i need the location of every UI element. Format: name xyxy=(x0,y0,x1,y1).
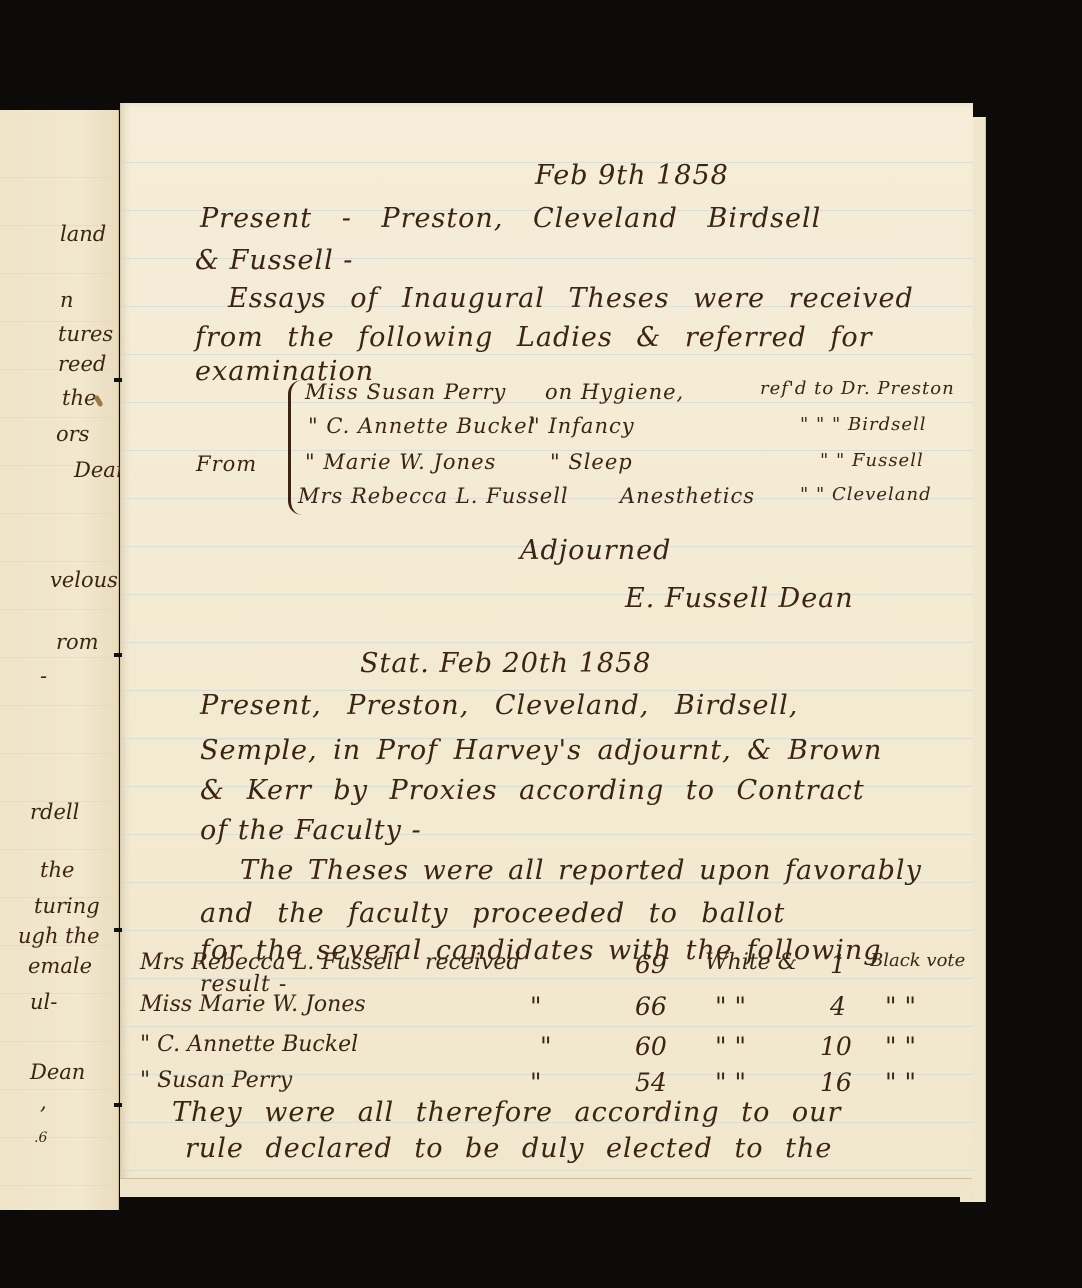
entry2-closing: They were all therefore according to our xyxy=(172,1097,841,1128)
candidate-name: Miss Marie W. Jones xyxy=(140,992,366,1017)
entry2-line: Present, Preston, Cleveland, Birdsell, xyxy=(200,690,798,721)
black-votes: 4 xyxy=(830,992,846,1021)
binding-stitch xyxy=(114,653,122,657)
thesis-topic: on Hygiene, xyxy=(545,380,684,404)
thesis-topic: " Infancy xyxy=(530,414,635,438)
received-label: " xyxy=(530,1068,542,1097)
candidate-name: " C. Annette Buckel xyxy=(140,1032,358,1057)
left-fragment: , xyxy=(40,1090,47,1114)
entry1-adjourned: Adjourned xyxy=(520,535,671,566)
black-votes: 10 xyxy=(820,1032,852,1061)
left-fragment: land xyxy=(60,222,106,246)
thesis-name: " Marie W. Jones xyxy=(305,450,496,474)
black-label: Black vote xyxy=(870,950,965,971)
binding-stitch xyxy=(114,1103,122,1107)
entry1-present: Present - Preston, Cleveland Birdsell xyxy=(200,203,821,234)
entry2-line: & Kerr by Proxies according to Contract xyxy=(200,775,865,806)
entry1-body: Essays of Inaugural Theses were received xyxy=(228,283,914,314)
entry2-line: and the faculty proceeded to ballot xyxy=(200,898,785,929)
left-fragment: rdell xyxy=(30,800,79,824)
entry2-line: of the Faculty - xyxy=(200,815,422,846)
left-fragment: velous xyxy=(50,568,118,592)
thesis-topic: Anesthetics xyxy=(620,484,755,508)
left-fragment: n xyxy=(60,288,74,312)
left-fragment: .6 xyxy=(34,1130,47,1146)
ruled-lines xyxy=(0,110,118,1210)
white-votes: 60 xyxy=(635,1032,667,1061)
white-label: " " xyxy=(715,992,746,1021)
left-fragment: rom xyxy=(56,630,99,654)
left-fragment: the xyxy=(40,858,74,882)
white-votes: 69 xyxy=(635,950,667,979)
thesis-name: Mrs Rebecca L. Fussell xyxy=(298,484,569,508)
left-fragment: ugh the xyxy=(18,924,100,948)
left-fragment: - xyxy=(40,664,47,688)
entry2-line: The Theses were all reported upon favora… xyxy=(240,855,922,886)
received-label: " xyxy=(540,1032,552,1061)
black-label: " " xyxy=(885,1032,916,1061)
candidate-name: Mrs Rebecca L. Fussell xyxy=(140,950,400,975)
entry1-present-cont: & Fussell - xyxy=(195,245,353,276)
left-fragment: ul- xyxy=(30,990,57,1014)
left-fragment: turing xyxy=(34,894,100,918)
thesis-referee: " " Fussell xyxy=(820,450,924,471)
received-label: " xyxy=(530,992,542,1021)
entry1-date: Feb 9th 1858 xyxy=(535,160,729,191)
received-label: received xyxy=(425,950,520,975)
page-bottom-edge xyxy=(120,1178,972,1197)
thesis-topic: " Sleep xyxy=(550,450,633,474)
left-fragment: tures xyxy=(58,322,113,346)
white-votes: 54 xyxy=(635,1068,667,1097)
white-label: " " xyxy=(715,1068,746,1097)
left-fragment: reed xyxy=(58,352,106,376)
black-votes: 16 xyxy=(820,1068,852,1097)
thesis-name: " C. Annette Buckel xyxy=(308,414,535,438)
entry1-body: from the following Ladies & referred for xyxy=(195,322,873,353)
black-label: " " xyxy=(885,1068,916,1097)
thesis-name: Miss Susan Perry xyxy=(305,380,506,404)
left-fragment: ors xyxy=(56,422,89,446)
left-fragment: Dean xyxy=(30,1060,85,1084)
black-votes: 1 xyxy=(830,950,846,979)
left-page xyxy=(0,110,119,1210)
white-votes: 66 xyxy=(635,992,667,1021)
left-fragment: the xyxy=(62,386,96,410)
entry2-date: Stat. Feb 20th 1858 xyxy=(360,648,651,679)
entry2-line: Semple, in Prof Harvey's adjournt, & Bro… xyxy=(200,735,882,766)
entry2-closing: rule declared to be duly elected to the xyxy=(185,1133,832,1164)
thesis-referee: " " Cleveland xyxy=(800,484,932,505)
thesis-referee: ref'd to Dr. Preston xyxy=(760,378,955,399)
binding-stitch xyxy=(114,928,122,932)
binding-stitch xyxy=(114,378,122,382)
entry1-signature: E. Fussell Dean xyxy=(625,583,854,614)
thesis-referee: " " " Birdsell xyxy=(800,414,927,435)
white-label: " " xyxy=(715,1032,746,1061)
candidate-name: " Susan Perry xyxy=(140,1068,292,1093)
from-label: From xyxy=(196,452,257,476)
left-fragment: emale xyxy=(28,954,92,978)
black-label: " " xyxy=(885,992,916,1021)
white-label: White & xyxy=(705,950,797,975)
